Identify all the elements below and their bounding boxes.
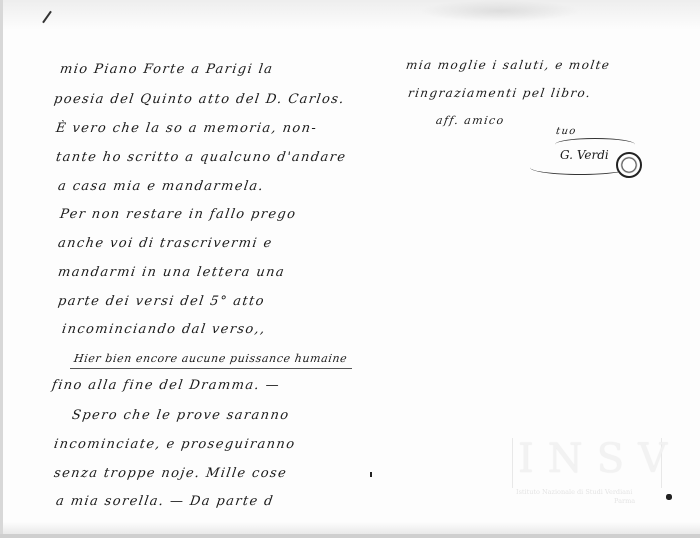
manuscript-line: mia moglie i saluti, e molte — [405, 58, 611, 72]
ink-blot — [666, 494, 672, 500]
manuscript-page: mio Piano Forte a Parigi la poesia del Q… — [0, 0, 700, 538]
manuscript-line: anche voi di trascrivermi e — [57, 236, 274, 251]
manuscript-line: fino alla fine del Dramma. — — [51, 378, 281, 393]
seal-stamp-icon — [616, 152, 642, 178]
page-bottom-edge — [0, 534, 700, 538]
manuscript-line: mandarmi in una lettera una — [57, 265, 286, 280]
paper-fold-shadow — [420, 0, 580, 22]
manuscript-line: incominciate, e proseguiranno — [53, 437, 297, 452]
manuscript-line: Per non restare in fallo prego — [59, 207, 297, 222]
manuscript-line: a mia sorella. — Da parte d — [55, 494, 275, 509]
watermark-subtitle: Istituto Nazionale di Studi Verdiani — [516, 488, 632, 496]
manuscript-line: incominciando dal verso,, — [61, 322, 267, 337]
manuscript-line: Spero che le prove saranno — [71, 408, 291, 423]
ink-mark — [42, 11, 52, 24]
manuscript-line: poesia del Quinto atto del D. Carlos. — [53, 92, 346, 107]
ink-mark — [370, 472, 372, 477]
manuscript-line: tante ho scritto a qualcuno d'andare — [55, 150, 347, 165]
manuscript-line: È vero che la so a memoria, non- — [55, 121, 318, 136]
page-left-edge — [0, 0, 3, 538]
watermark-subtitle-city: Parma — [614, 497, 635, 505]
manuscript-line-closing: aff. amico — [435, 114, 505, 127]
manuscript-line: senza troppe noje. Mille cose — [53, 466, 288, 481]
watermark-logo: INSV — [518, 436, 681, 482]
manuscript-line: mio Piano Forte a Parigi la — [59, 62, 274, 77]
signature-flourish — [530, 160, 630, 175]
manuscript-line: ringraziamenti pel libro. — [407, 86, 592, 100]
manuscript-line: a casa mia e mandarmela. — [57, 179, 265, 194]
manuscript-line-quoted-verse: Hier bien encore aucune puissance humain… — [73, 352, 348, 365]
signature-prefix: tuo — [555, 126, 577, 137]
manuscript-line: parte dei versi del 5° atto — [57, 294, 266, 309]
quote-underline — [70, 368, 352, 369]
